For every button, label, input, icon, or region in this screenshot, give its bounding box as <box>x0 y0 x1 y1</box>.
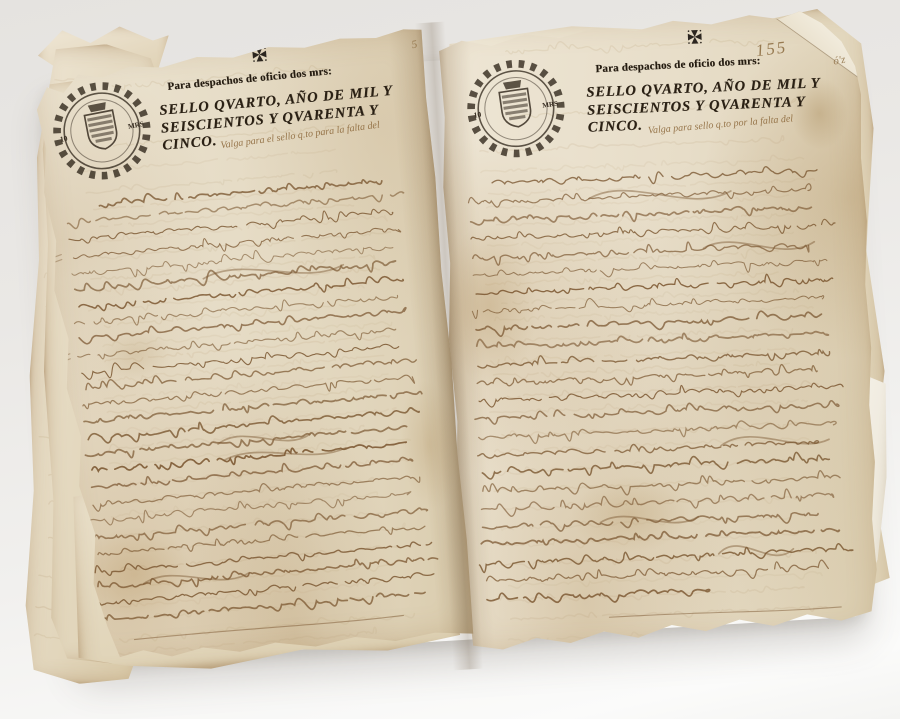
seal-crown <box>503 80 522 90</box>
maltese-cross-icon <box>686 28 704 46</box>
seal-denomination: 10 <box>473 110 482 120</box>
maltese-cross-icon <box>250 45 268 63</box>
page-right: 155 ó'z Para despachos de oficio dos mrs… <box>435 6 884 657</box>
seal-currency: MRS <box>127 120 144 131</box>
notary-corner-mark: ó'z <box>832 54 846 68</box>
royal-seal-stamp: 10 MRS <box>463 54 569 164</box>
seal-denomination: 10 <box>59 134 68 144</box>
seal-currency: MRS <box>542 100 559 110</box>
manuscript-photo: 155 ó'z Para despachos de oficio dos mrs… <box>0 0 900 719</box>
